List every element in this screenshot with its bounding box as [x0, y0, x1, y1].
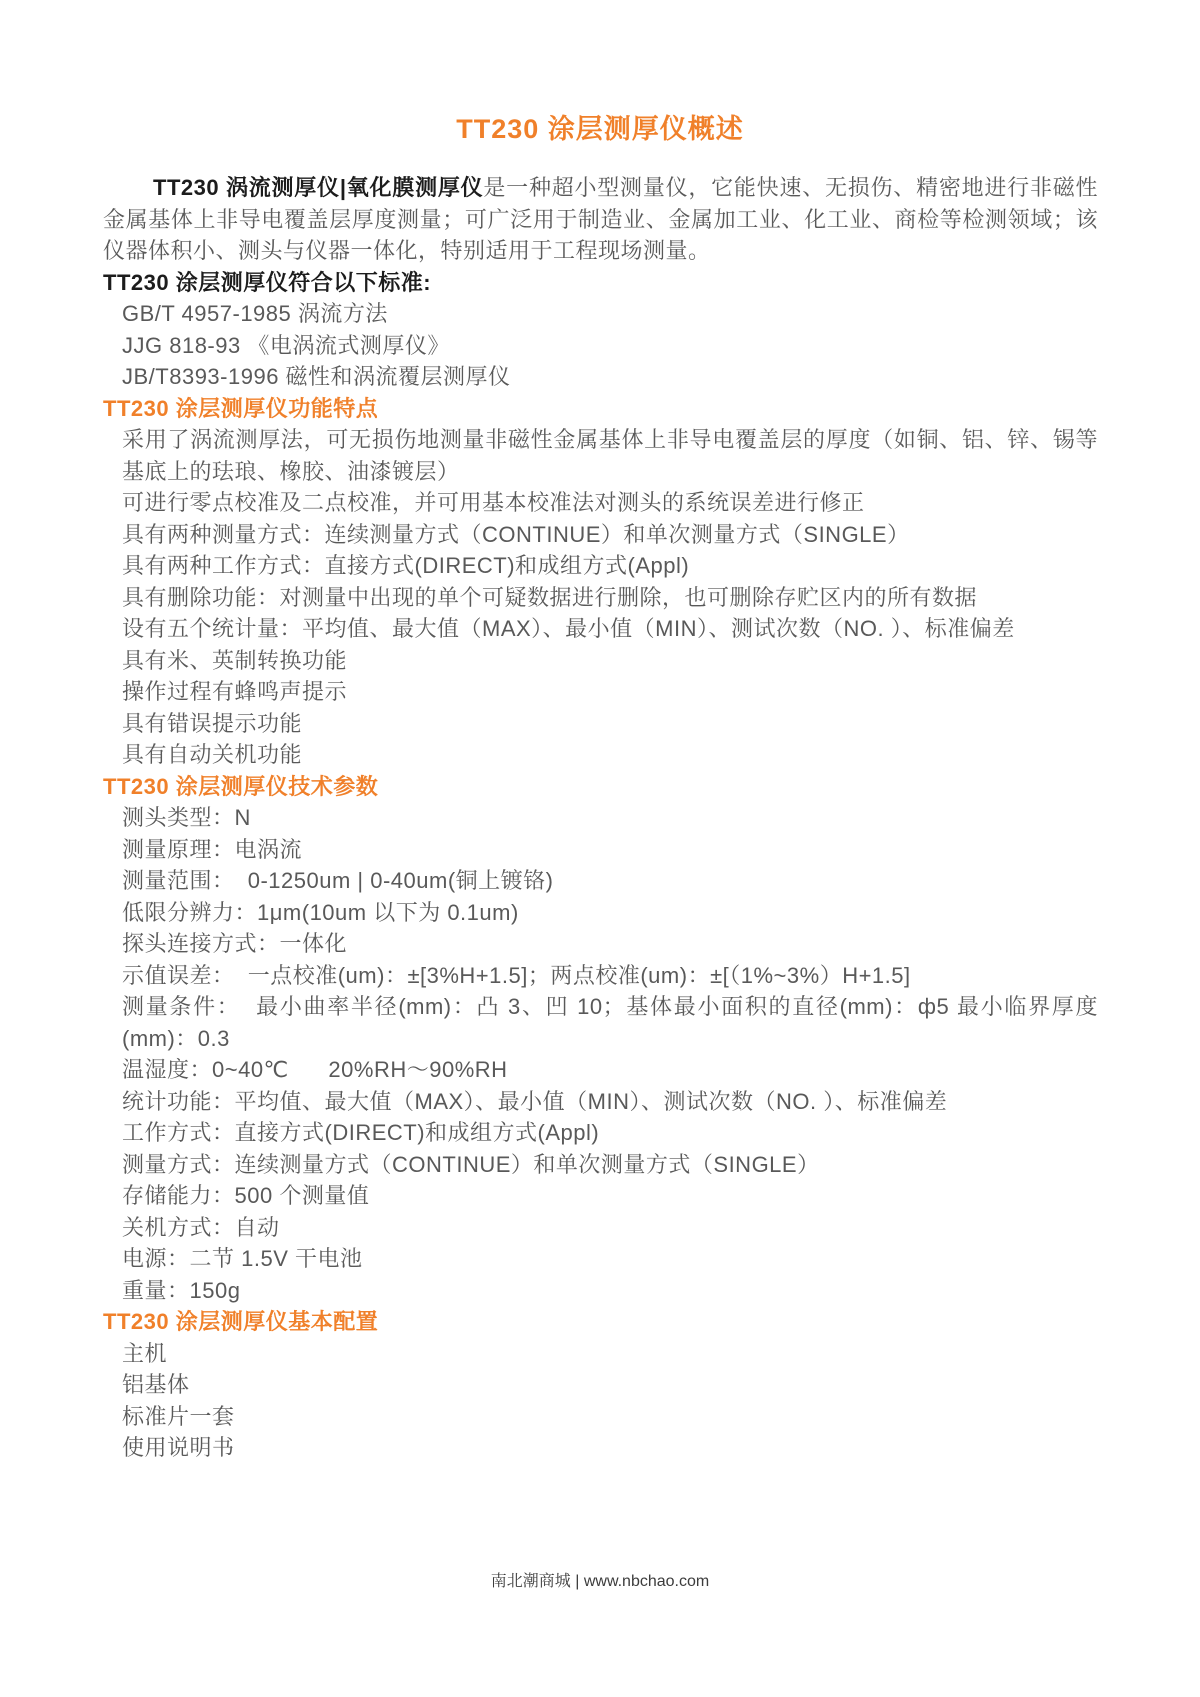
standard-item: JJG 818-93 《电涡流式测厚仪》 — [103, 330, 1098, 362]
features-heading: TT230 涂层测厚仪功能特点 — [103, 393, 1098, 425]
config-item: 主机 — [103, 1338, 1098, 1370]
feature-item: 具有删除功能：对测量中出现的单个可疑数据进行删除，也可删除存贮区内的所有数据 — [103, 582, 1098, 614]
spec-item: 重量：150g — [103, 1275, 1098, 1307]
spec-item: 工作方式：直接方式(DIRECT)和成组方式(Appl) — [103, 1117, 1098, 1149]
spec-item: 测量原理：电涡流 — [103, 834, 1098, 866]
spec-item: 探头连接方式：一体化 — [103, 928, 1098, 960]
spec-item: 示值误差： 一点校准(um)：±[3%H+1.5]；两点校准(um)：±[（1%… — [103, 960, 1098, 992]
config-item: 标准片一套 — [103, 1401, 1098, 1433]
spec-item: 统计功能：平均值、最大值（MAX）、最小值（MIN）、测试次数（NO. ）、标准… — [103, 1086, 1098, 1118]
feature-item: 具有错误提示功能 — [103, 708, 1098, 740]
feature-item: 采用了涡流测厚法，可无损伤地测量非磁性金属基体上非导电覆盖层的厚度（如铜、铝、锌… — [103, 424, 1098, 487]
page-title: TT230 涂层测厚仪概述 — [0, 112, 1200, 146]
spec-item: 电源：二节 1.5V 干电池 — [103, 1243, 1098, 1275]
standards-list: GB/T 4957-1985 涡流方法 JJG 818-93 《电涡流式测厚仪》… — [103, 298, 1098, 393]
standards-heading: TT230 涂层测厚仪符合以下标准: — [103, 267, 1098, 299]
feature-item: 具有自动关机功能 — [103, 739, 1098, 771]
spec-item: 低限分辨力：1μm(10um 以下为 0.1um) — [103, 897, 1098, 929]
spec-item: 存储能力：500 个测量值 — [103, 1180, 1098, 1212]
feature-item: 设有五个统计量：平均值、最大值（MAX）、最小值（MIN）、测试次数（NO. ）… — [103, 613, 1098, 645]
footer-site-name: 南北潮商城 — [491, 1573, 571, 1590]
document-page: TT230 涂层测厚仪概述 TT230 涡流测厚仪|氧化膜测厚仪是一种超小型测量… — [0, 0, 1200, 1697]
spec-item: 测量方式：连续测量方式（CONTINUE）和单次测量方式（SINGLE） — [103, 1149, 1098, 1181]
spec-item: 关机方式：自动 — [103, 1212, 1098, 1244]
standard-item: GB/T 4957-1985 涡流方法 — [103, 298, 1098, 330]
config-heading: TT230 涂层测厚仪基本配置 — [103, 1306, 1098, 1338]
config-list: 主机 铝基体 标准片一套 使用说明书 — [103, 1338, 1098, 1464]
standard-item: JB/T8393-1996 磁性和涡流覆层测厚仪 — [103, 361, 1098, 393]
feature-item: 操作过程有蜂鸣声提示 — [103, 676, 1098, 708]
footer-separator: | — [571, 1573, 584, 1590]
feature-item: 具有两种测量方式：连续测量方式（CONTINUE）和单次测量方式（SINGLE） — [103, 519, 1098, 551]
spec-item: 温湿度：0~40℃ 20%RH～90%RH — [103, 1054, 1098, 1086]
footer-url[interactable]: www.nbchao.com — [584, 1573, 709, 1590]
specs-list: 测头类型：N 测量原理：电涡流 测量范围： 0-1250um | 0-40um(… — [103, 802, 1098, 1306]
specs-heading: TT230 涂层测厚仪技术参数 — [103, 771, 1098, 803]
intro-paragraph: TT230 涡流测厚仪|氧化膜测厚仪是一种超小型测量仪，它能快速、无损伤、精密地… — [103, 172, 1098, 267]
spec-item: 测量条件： 最小曲率半径(mm)：凸 3、凹 10；基体最小面积的直径(mm)：… — [103, 991, 1098, 1054]
features-list: 采用了涡流测厚法，可无损伤地测量非磁性金属基体上非导电覆盖层的厚度（如铜、铝、锌… — [103, 424, 1098, 771]
feature-item: 具有米、英制转换功能 — [103, 645, 1098, 677]
feature-item: 具有两种工作方式：直接方式(DIRECT)和成组方式(Appl) — [103, 550, 1098, 582]
config-item: 铝基体 — [103, 1369, 1098, 1401]
spec-item: 测量范围： 0-1250um | 0-40um(铜上镀铬) — [103, 865, 1098, 897]
document-body: TT230 涡流测厚仪|氧化膜测厚仪是一种超小型测量仪，它能快速、无损伤、精密地… — [103, 172, 1098, 1464]
feature-item: 可进行零点校准及二点校准，并可用基本校准法对测头的系统误差进行修正 — [103, 487, 1098, 519]
page-footer: 南北潮商城 | www.nbchao.com — [0, 1572, 1200, 1592]
spec-item: 测头类型：N — [103, 802, 1098, 834]
config-item: 使用说明书 — [103, 1432, 1098, 1464]
intro-product-name: TT230 涡流测厚仪|氧化膜测厚仪 — [153, 175, 483, 200]
